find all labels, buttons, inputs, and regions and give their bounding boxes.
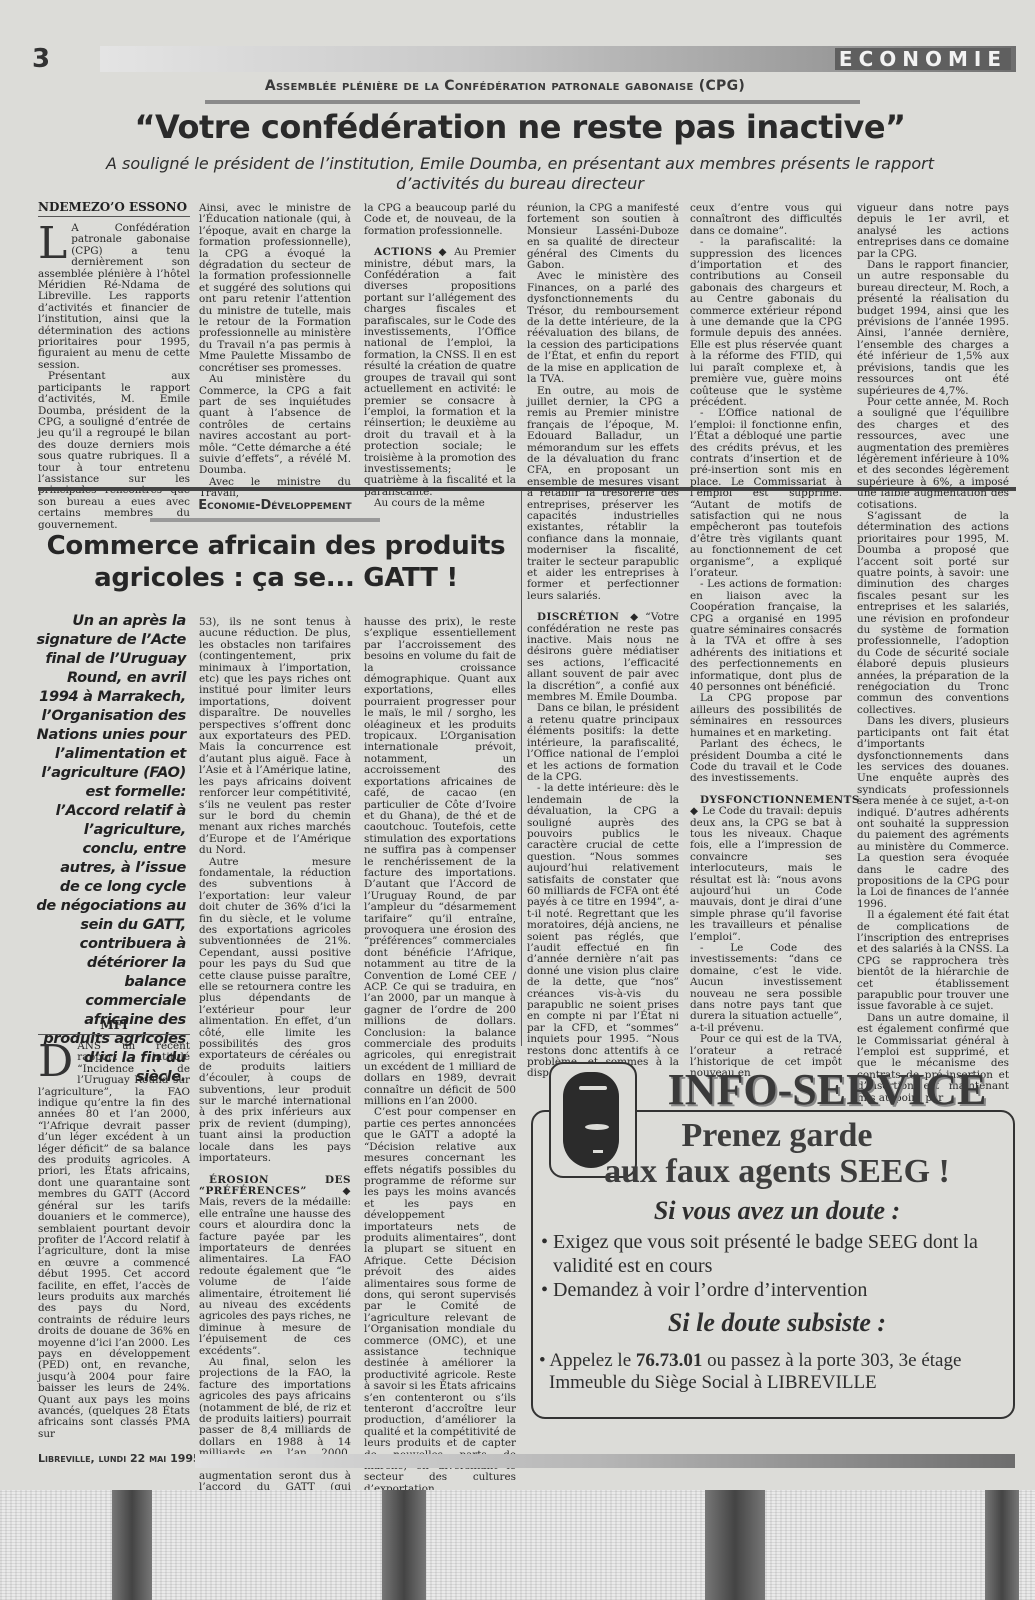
paragraph: Au final, selon les projections de la FA… bbox=[199, 1357, 351, 1505]
advert-headline: Prenez garde aux faux agents SEEG ! bbox=[557, 1118, 997, 1190]
advert-subheading-1: Si vous avez un doute : bbox=[557, 1196, 997, 1226]
article2-column-2: 53), ils ne sont tenus à aucune réductio… bbox=[199, 617, 351, 1505]
column-divider bbox=[521, 491, 522, 1046]
paragraph: Au ministère du Commerce, la CPG a fait … bbox=[199, 374, 351, 477]
paragraph: - Les actions de formation: en liaison a… bbox=[690, 579, 842, 693]
paragraph: Parlant des échecs, le président Doumba … bbox=[690, 739, 842, 785]
article2-dropcap: D bbox=[38, 1043, 73, 1081]
advert-address: Immeuble du Siège Social à LIBREVILLE bbox=[539, 1372, 999, 1394]
subhead: ACTIONS ◆ bbox=[374, 246, 449, 258]
paragraph: - L’Office national de l’emploi: il fonc… bbox=[690, 408, 842, 579]
article2-kicker: Economie-Développement bbox=[40, 498, 510, 513]
paragraph: En outre, au mois de juillet dernier, la… bbox=[527, 386, 679, 603]
article2-byline: MFI bbox=[38, 1018, 190, 1035]
page-footer-dateline: Libreville, lundi 22 mai 1995 bbox=[38, 1452, 201, 1465]
paragraph: DISCRÉTION ◆“Votre confédération ne rest… bbox=[527, 612, 679, 703]
advert-headline-line-2: aux faux agents SEEG ! bbox=[557, 1154, 997, 1190]
newspaper-page: 3 ECONOMIE Assemblée plénière de la Conf… bbox=[0, 0, 1035, 1490]
paragraph: ceux d’entre vous qui connaîtront des di… bbox=[690, 203, 842, 237]
advert-contact: • Appelez le 76.73.01 ou passez à la por… bbox=[539, 1350, 999, 1394]
paragraph: la CPG a beaucoup parlé du Code et, de n… bbox=[364, 203, 516, 237]
advert-title: INFO-SERVICE bbox=[642, 1064, 1012, 1115]
advert-list: • Exigez que vous soit présenté le badge… bbox=[539, 1230, 999, 1302]
paragraph: ACTIONS ◆ Au Premier ministre, début mar… bbox=[364, 247, 516, 498]
article1-column-3: la CPG a beaucoup parlé du Code et, de n… bbox=[364, 203, 516, 510]
paragraph: S’agissant de la détermination des actio… bbox=[857, 511, 1009, 716]
article2-headline: Commerce africain des produits agricoles… bbox=[36, 530, 516, 594]
paragraph: ANS un récent rapport intitulé “Incidenc… bbox=[38, 1041, 190, 1440]
article1-byline: NDEMEZO’O ESSONO bbox=[38, 200, 190, 217]
advert-headline-line-1: Prenez garde bbox=[557, 1118, 997, 1154]
paragraph: - Le Code des investissements: “dans ce … bbox=[690, 943, 842, 1034]
article1-column-4: réunion, la CPG a manifesté fortement so… bbox=[527, 203, 679, 1080]
article1-column-6: vigueur dans notre pays depuis le 1er av… bbox=[857, 203, 1009, 1104]
advert-subheading-2: Si le doute subsiste : bbox=[557, 1308, 997, 1338]
paragraph: Ainsi, avec le ministre de l’Éducation n… bbox=[199, 203, 351, 374]
article1-kicker: Assemblée plénière de la Confédération p… bbox=[205, 78, 805, 94]
info-service-advert: INFO-SERVICE Prenez garde aux faux agent… bbox=[527, 1060, 1017, 1420]
kicker-rule bbox=[205, 100, 860, 104]
paragraph: Dans ce bilan, le président a retenu qua… bbox=[527, 703, 679, 783]
paragraph: Pour cette année, M. Roch a souligné que… bbox=[857, 397, 1009, 511]
paragraph: - la parafiscalité: la suppression des l… bbox=[690, 237, 842, 408]
subhead: DYSFONCTIONNEMENTS ◆ bbox=[690, 794, 860, 817]
scan-artifact-strip bbox=[0, 1490, 1035, 1600]
paragraph: ÉROSION DES “PRÉFÉRENCES” ◆ Mais, revers… bbox=[199, 1175, 351, 1358]
subhead: DISCRÉTION ◆ bbox=[537, 611, 645, 623]
article1-deck: A souligné le président de l’institution… bbox=[100, 154, 940, 194]
section-name: ECONOMIE bbox=[835, 48, 1011, 70]
article2-column-3: hausse des prix), le reste s’explique es… bbox=[364, 617, 516, 1495]
paragraph: Autre mesure fondamentale, la réduction … bbox=[199, 857, 351, 1165]
article1-dropcap: L bbox=[38, 225, 67, 263]
article-divider bbox=[38, 487, 1016, 491]
paragraph: - la dette intérieure: dès le lendemain … bbox=[527, 783, 679, 1080]
paragraph: La CPG propose par ailleurs des possibil… bbox=[690, 693, 842, 739]
article1-headline: “Votre confédération ne reste pas inacti… bbox=[60, 108, 980, 146]
paragraph: 53), ils ne sont tenus à aucune réductio… bbox=[199, 617, 351, 857]
article1-column-1: NDEMEZO’O ESSONO L A Confédération patro… bbox=[38, 200, 190, 531]
paragraph: DYSFONCTIONNEMENTS ◆ Le Code du travail:… bbox=[690, 795, 842, 943]
advert-list-item: • Demandez à voir l’ordre d’intervention bbox=[539, 1278, 999, 1302]
article1-column-2: Ainsi, avec le ministre de l’Éducation n… bbox=[199, 203, 351, 500]
paragraph: vigueur dans notre pays depuis le 1er av… bbox=[857, 203, 1009, 260]
paragraph: Dans les divers, plusieurs participants … bbox=[857, 716, 1009, 910]
paragraph: Dans le rapport financier, un autre resp… bbox=[857, 260, 1009, 397]
advert-list-item: • Exigez que vous soit présenté le badge… bbox=[539, 1230, 999, 1278]
article2-column-1: MFI D ANS un récent rapport intitulé “In… bbox=[38, 1018, 190, 1440]
paragraph: Il a également été fait état de complica… bbox=[857, 910, 1009, 1013]
article2-standfirst: Un an après la signature de l’Acte final… bbox=[36, 612, 186, 1087]
kicker-rule bbox=[150, 518, 380, 522]
subhead: ÉROSION DES “PRÉFÉRENCES” ◆ bbox=[199, 1174, 351, 1197]
advert-phone: 76.73.01 bbox=[636, 1350, 703, 1371]
paragraph: C’est pour compenser en partie ces perte… bbox=[364, 1107, 516, 1495]
paragraph: Avec le ministère des Finances, on a par… bbox=[527, 271, 679, 385]
footer-band bbox=[195, 1454, 1015, 1468]
article1-column-5: ceux d’entre vous qui connaîtront des di… bbox=[690, 203, 842, 1080]
paragraph: hausse des prix), le reste s’explique es… bbox=[364, 617, 516, 1107]
page-number: 3 bbox=[32, 44, 50, 74]
paragraph: réunion, la CPG a manifesté fortement so… bbox=[527, 203, 679, 271]
